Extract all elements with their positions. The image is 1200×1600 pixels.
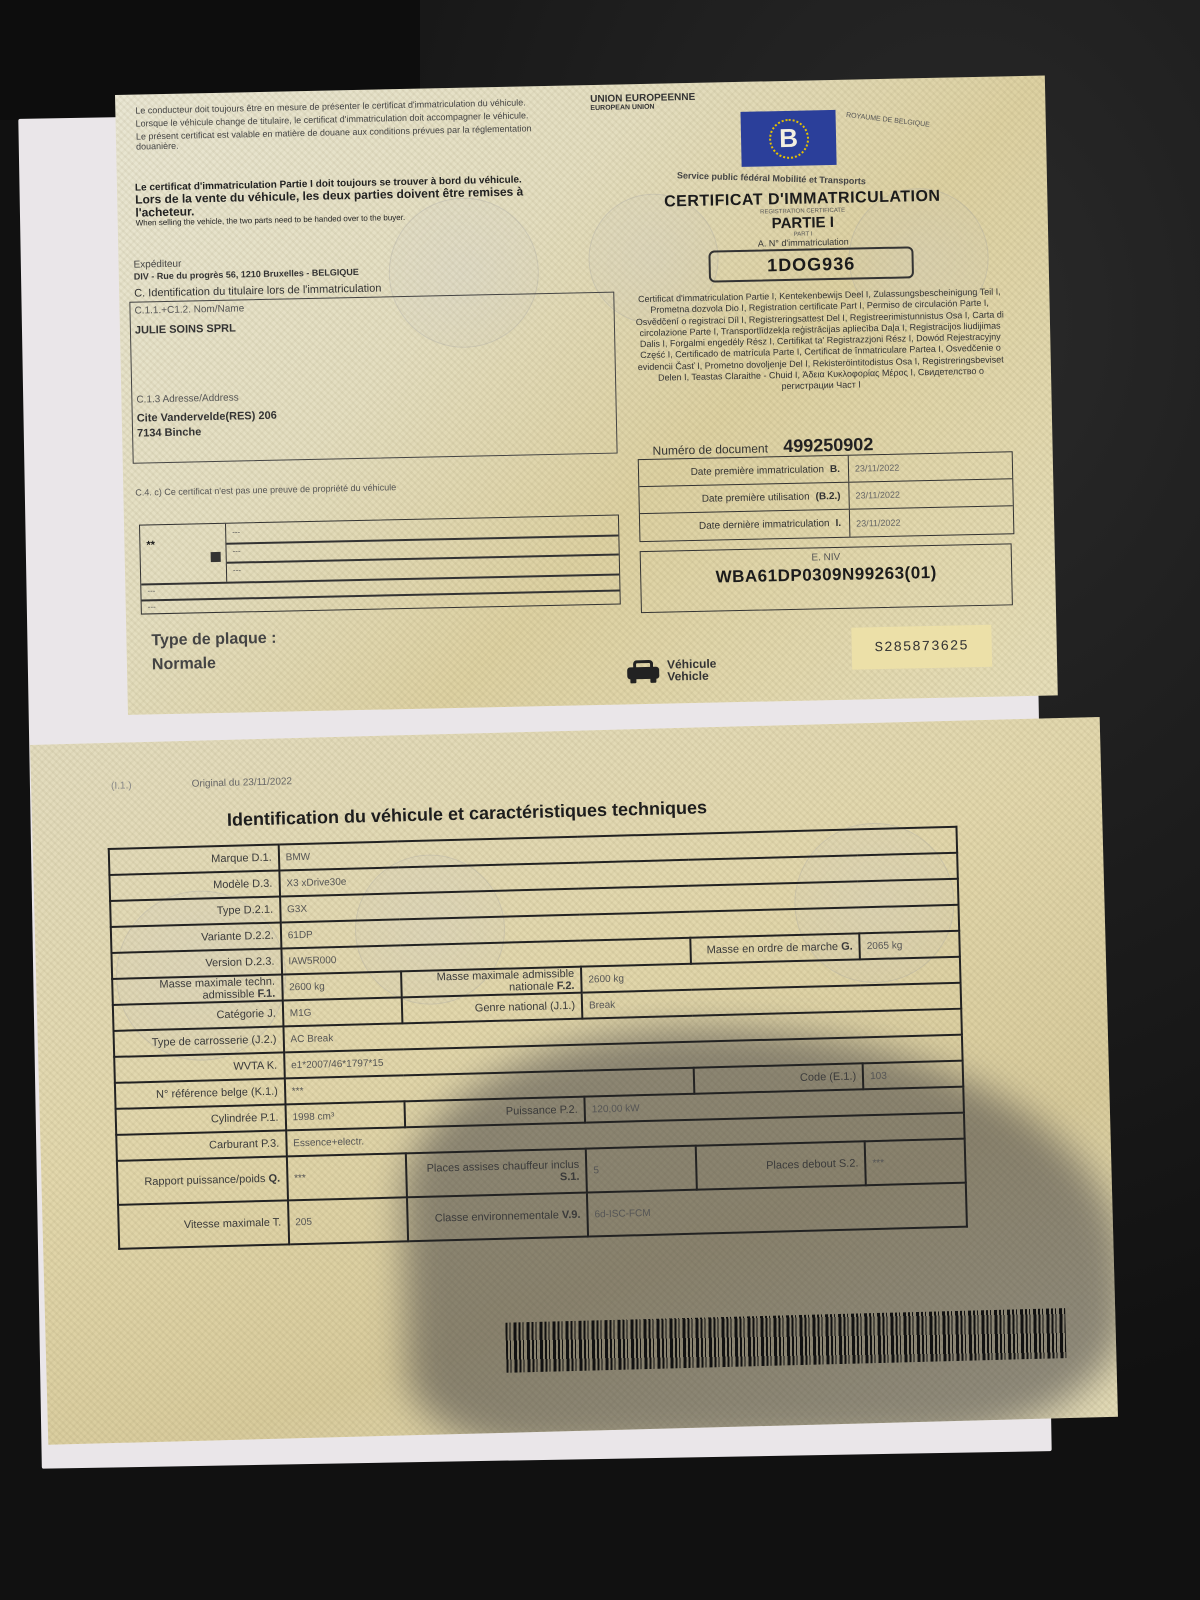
value-rapport: *** [287,1153,408,1200]
date-code: I. [835,518,841,529]
value-masse-f1: 2600 kg [282,971,402,1000]
places-assises-code: S.1. [560,1171,580,1184]
serial-number: S285873625 [851,625,992,670]
value-cylindree: 1998 cm³ [285,1101,405,1130]
date-label: Date première immatriculation [691,464,825,478]
grid-dash: --- [148,602,156,611]
registration-number: 1DOG936 [708,246,914,282]
date-value: 23/11/2022 [850,517,901,528]
date-value: 23/11/2022 [849,490,900,501]
masse-g-text: Masse en ordre de marche [707,941,839,956]
value-vitesse: 205 [288,1197,409,1244]
value-code-e1: 103 [863,1061,963,1090]
plate-type-label: Type de plaque : [151,627,277,654]
holder-name: JULIE SOINS SPRL [135,323,236,339]
certificate-part-1: Le conducteur doit toujours être en mesu… [115,76,1058,715]
label-rapport: Rapport puissance/poids Q. [117,1156,288,1204]
side-code [61,764,75,854]
document-number-label: Numéro de document [652,441,768,457]
technical-title: Identification du véhicule et caractéris… [227,797,708,831]
country-code: B [768,118,809,159]
address-line-2: 7134 Binche [137,426,201,441]
masse-g-code: G. [841,941,853,953]
date-code: B. [830,463,840,474]
value-masse-g: 2065 kg [859,931,959,960]
technical-table: Marque D.1.BMW Modèle D.3.X3 xDrive30e T… [108,826,968,1250]
grid-dash: --- [232,546,240,555]
name-label: C.1.1.+C1.2. Nom/Name [134,303,244,316]
barcode-icon [505,1308,1066,1373]
masse-f2-code: F.2. [557,980,575,992]
label-places-debout: Places debout S.2. [695,1141,866,1189]
sender: Expéditeur DIV - Rue du progrès 56, 1210… [133,255,359,284]
date-value: 23/11/2022 [849,463,900,474]
value-classe: 6d-ISC-FCM [587,1183,967,1237]
address-label: C.1.3 Adresse/Address [136,392,238,405]
original-label: Original du 23/11/2022 [192,776,293,790]
dates-table: Date première immatriculationB.23/11/202… [638,451,1015,542]
classe-text: Classe environnementale [435,1209,559,1224]
rapport-text: Rapport puissance/poids [144,1173,265,1188]
label-places-assises: Places assises chauffeur inclus S.1. [406,1149,587,1198]
plate-type: Type de plaque : Normale [151,627,277,678]
masse-f1-code: F.1. [257,988,275,1000]
grid-stars: ** [146,539,155,551]
grid-square-icon [211,552,221,562]
car-icon [627,659,659,684]
holder-box: C.1.1.+C1.2. Nom/Name JULIE SOINS SPRL C… [129,292,617,464]
vehicle-label: VéhiculeVehicle [627,658,717,684]
eu-flag-icon: B [740,110,836,167]
document-number-value: 499250902 [783,434,874,456]
masse-f2-text: Masse maximale admissible nationale [437,968,575,994]
bold-notice: Le certificat d'immatriculation Partie I… [135,174,556,229]
date-label: Date première utilisation [702,491,810,504]
original-date: (I.1.)Original du 23/11/2022 [111,776,292,792]
eu-label: UNION EUROPEENNE EUROPEAN UNION [590,93,695,112]
date-label: Date dernière immatriculation [699,518,830,532]
label-classe: Classe environnementale V.9. [407,1193,588,1242]
grid-dash: --- [232,527,240,536]
grid-dash: --- [147,586,155,595]
value-places-assises: 5 [586,1146,697,1193]
vin-box: E. NIV WBA61DP0309N99263(01) [640,543,1013,613]
vehicle-en: Vehicle [667,670,717,683]
royaume-label: ROYAUME DE BELGIQUE [846,112,931,129]
remarks-grid: ** --- --- --- --- --- [139,515,621,615]
value-categorie: M1G [282,997,402,1026]
plate-type-value: Normale [152,651,278,678]
certificate-technical-part: (I.1.)Original du 23/11/2022 Identificat… [30,717,1118,1445]
value-places-debout: *** [865,1139,966,1186]
address-line-1: Cite Vandervelde(RES) 206 [137,410,277,427]
certificate-title: CERTIFICAT D'IMMATRICULATION REGISTRATIO… [637,187,968,251]
date-code: (B.2.) [815,490,840,502]
eu-en: EUROPEAN UNION [590,103,695,112]
legal-notices: Le conducteur doit toujours être en mesu… [135,98,556,155]
classe-code: V.9. [562,1209,581,1221]
ownership-disclaimer: C.4. c) Ce certificat n'est pas une preu… [135,482,396,497]
label-vitesse: Vitesse maximale T. [118,1200,289,1248]
service-label: Service public fédéral Mobilité et Trans… [677,170,866,186]
section-code: (I.1.) [111,780,132,792]
rapport-code: Q. [268,1173,280,1185]
places-assises-text: Places assises chauffeur inclus [426,1159,579,1175]
grid-dash: --- [233,565,241,574]
multilanguage-title: Certificat d'immatriculation Partie I, K… [629,286,1011,395]
